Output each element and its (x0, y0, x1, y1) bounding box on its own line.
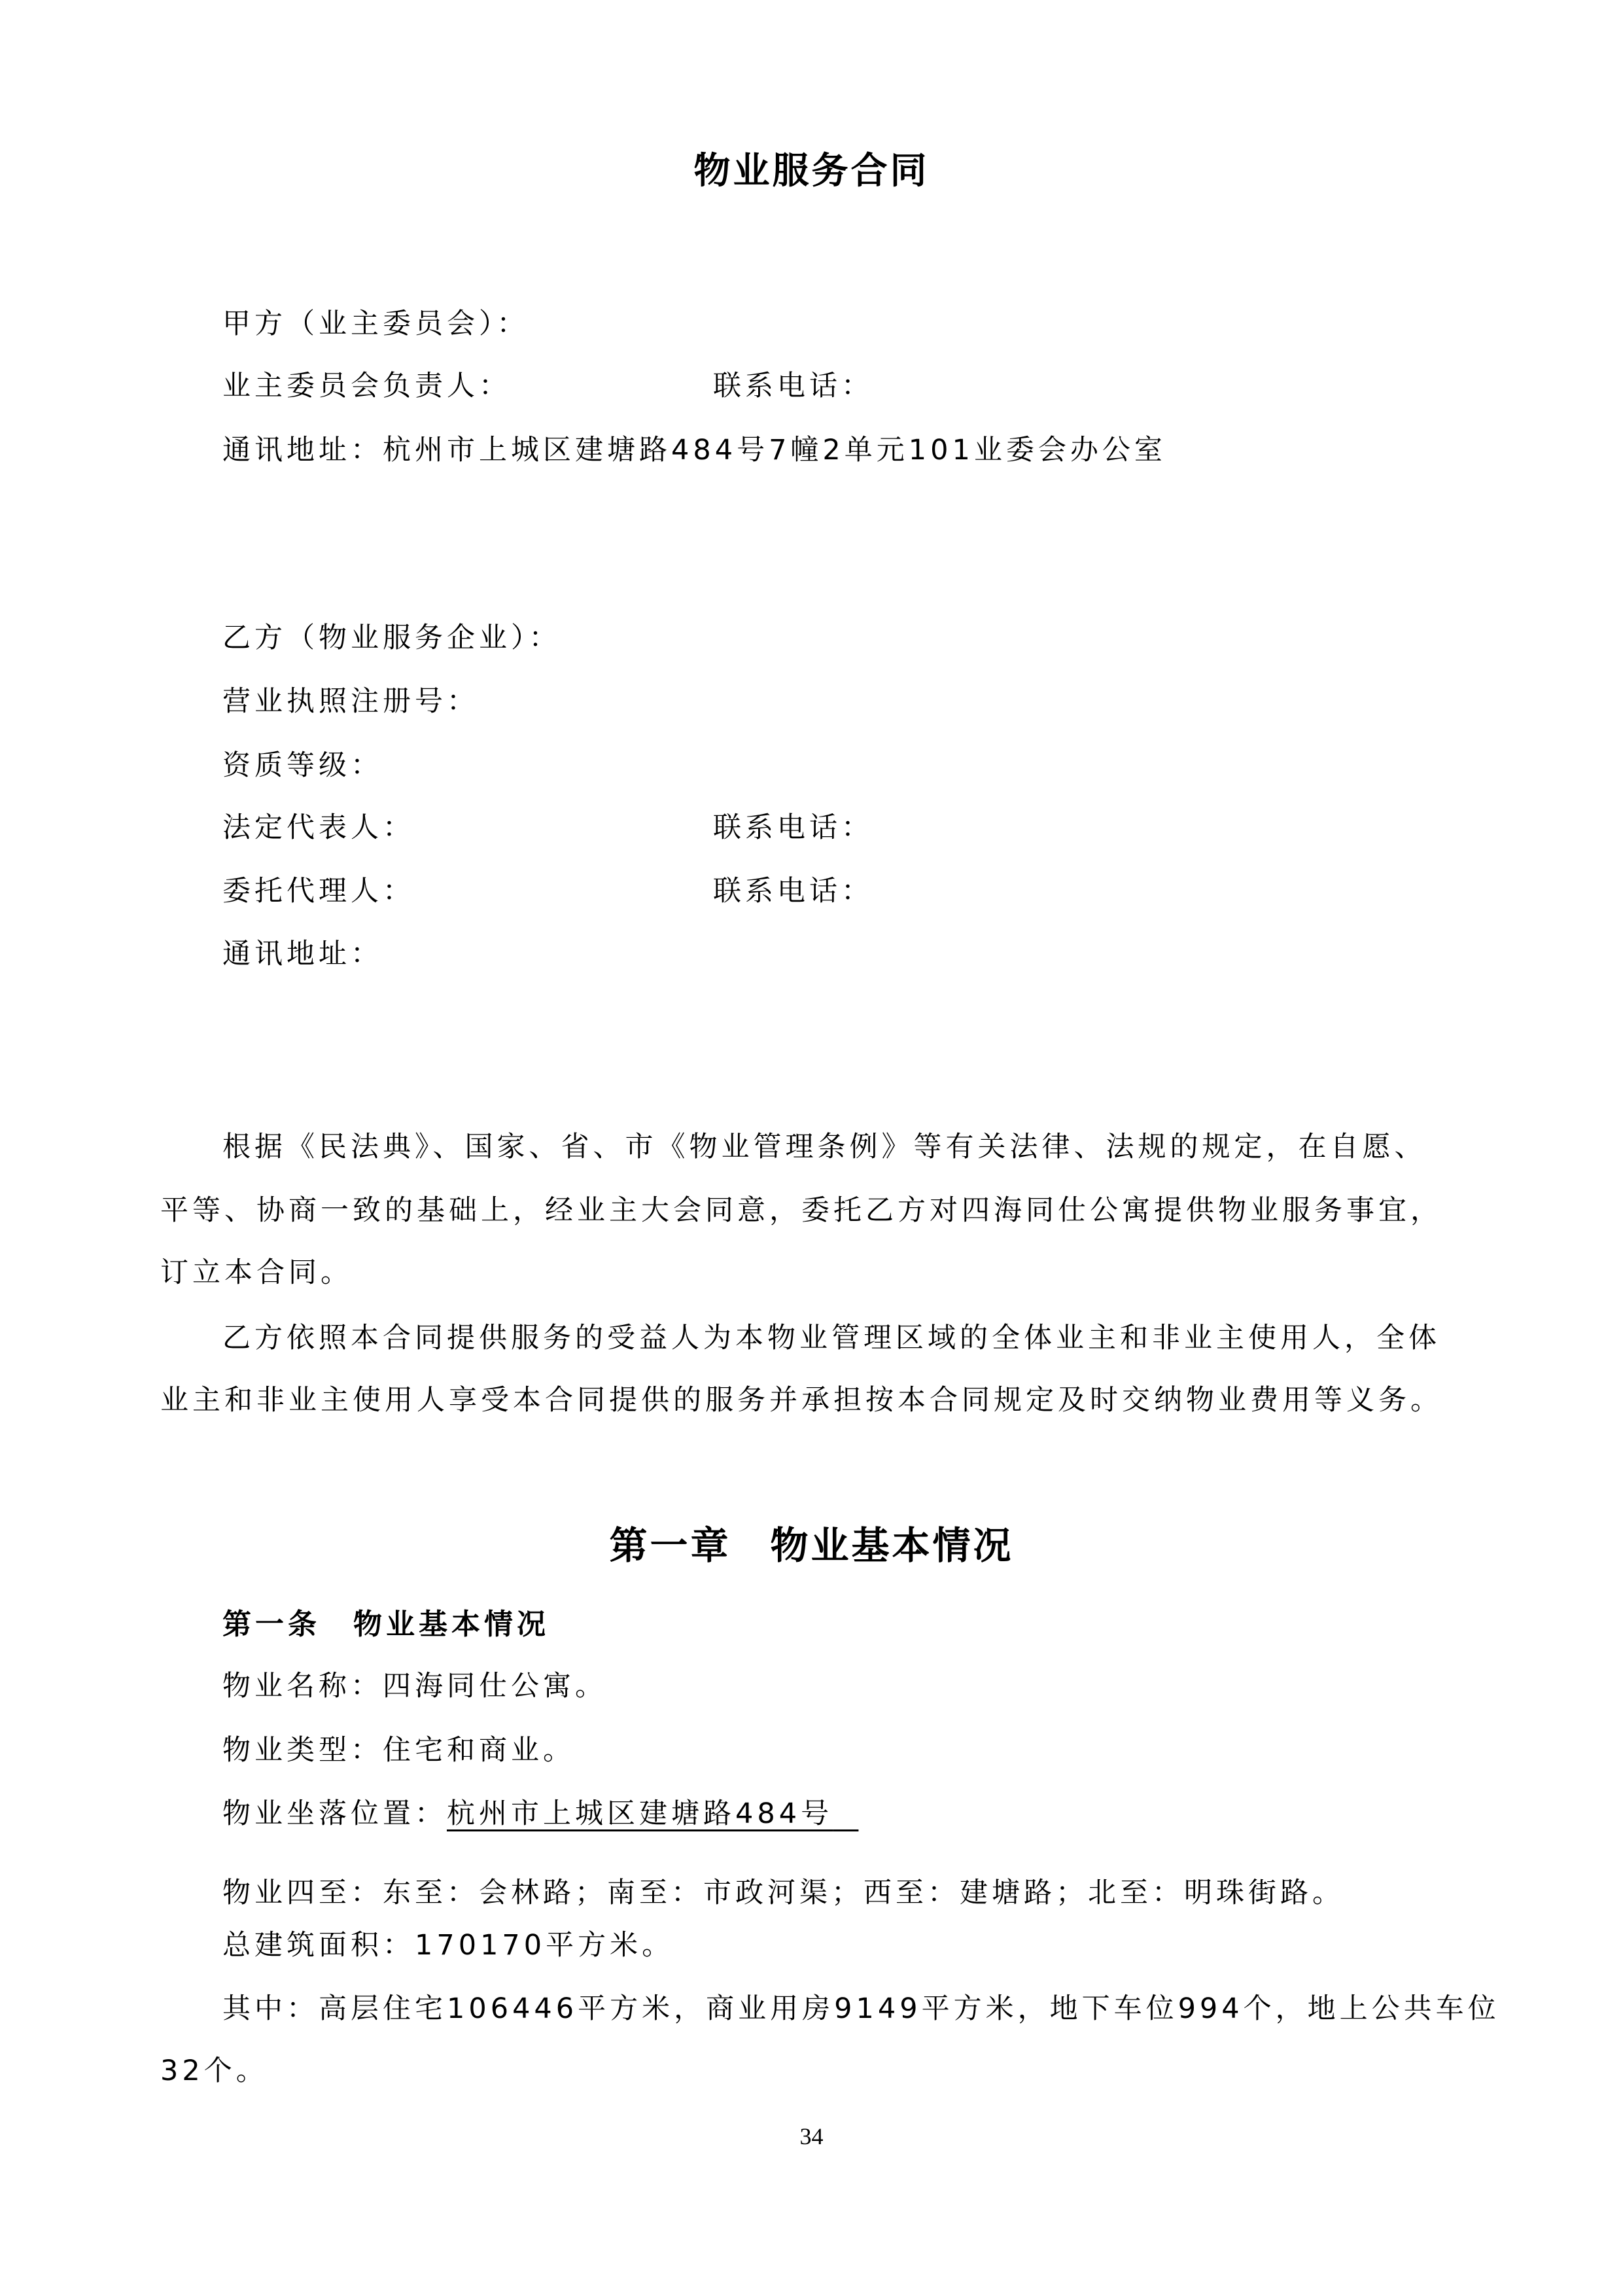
property-name-value: 四海同仕公寓。 (383, 1670, 607, 1703)
party-a-leader-label: 业主委员会负责人： (222, 366, 511, 406)
party-b-agent-label: 委托代理人： (222, 872, 415, 911)
property-boundaries: 物业四至：东至：会林路；南至：市政河渠；西至：建塘路；北至：明珠街路。 (222, 1873, 1344, 1913)
property-name-label: 物业名称： (222, 1670, 383, 1703)
party-a-heading: 甲方（业主委员会）： (222, 304, 529, 344)
property-location-value: 杭州市上城区建塘路484号 (447, 1797, 833, 1830)
property-location-label: 物业坐落位置： (222, 1797, 447, 1830)
party-a-phone-label: 联系电话： (713, 366, 873, 406)
property-location: 物业坐落位置：杭州市上城区建塘路484号 (222, 1794, 858, 1833)
party-b-legal-rep-phone-label: 联系电话： (713, 808, 873, 847)
property-type: 物业类型：住宅和商业。 (222, 1731, 575, 1770)
document-page: 物业服务合同 甲方（业主委员会）： 业主委员会负责人： 联系电话： 通讯地址：杭… (0, 0, 1623, 2296)
chapter-number: 第一章 (609, 1523, 731, 1568)
party-a-address: 通讯地址：杭州市上城区建塘路484号7幢2单元101业委会办公室 (222, 431, 1166, 470)
property-name: 物业名称：四海同仕公寓。 (222, 1667, 607, 1706)
party-a-address-label: 通讯地址： (222, 434, 383, 467)
party-b-qualification-label: 资质等级： (222, 746, 383, 785)
party-a-address-value: 杭州市上城区建塘路484号7幢2单元101业委会办公室 (383, 434, 1166, 467)
preamble-p2-line-1: 乙方依照本合同提供服务的受益人为本物业管理区域的全体业主和非业主使用人，全体 (222, 1318, 1440, 1358)
party-b-heading: 乙方（物业服务企业）： (222, 618, 561, 658)
property-type-label: 物业类型： (222, 1734, 383, 1767)
property-breakdown-line-1: 其中：高层住宅106446平方米，商业用房9149平方米，地下车位994个，地上… (222, 1989, 1500, 2028)
preamble-p1-line-3: 订立本合同。 (160, 1253, 353, 1292)
preamble-p2-line-2: 业主和非业主使用人享受本合同提供的服务并承担按本合同规定及时交纳物业费用等义务。 (160, 1381, 1442, 1420)
chapter-heading: 第一章物业基本情况 (0, 1519, 1623, 1572)
article-number: 第一条 (222, 1608, 321, 1641)
property-total-area: 总建筑面积：170170平方米。 (222, 1926, 674, 1965)
chapter-title: 物业基本情况 (771, 1523, 1014, 1568)
party-b-license-label: 营业执照注册号： (222, 682, 479, 721)
party-b-agent-phone-label: 联系电话： (713, 872, 873, 911)
party-b-legal-rep-label: 法定代表人： (222, 808, 415, 847)
preamble-p1-line-2: 平等、协商一致的基础上，经业主大会同意，委托乙方对四海同仕公寓提供物业服务事宜， (160, 1191, 1442, 1230)
property-breakdown-line-2: 32个。 (160, 2051, 268, 2091)
article-title: 物业基本情况 (353, 1608, 550, 1641)
party-b-address-label: 通讯地址： (222, 934, 383, 974)
document-title: 物业服务合同 (0, 145, 1623, 198)
page-number: 34 (0, 2117, 1623, 2156)
preamble-p1-line-1: 根据《民法典》、国家、省、市《物业管理条例》等有关法律、法规的规定，在自愿、 (222, 1127, 1427, 1167)
article-heading: 第一条物业基本情况 (222, 1605, 550, 1644)
property-type-value: 住宅和商业。 (383, 1734, 575, 1767)
